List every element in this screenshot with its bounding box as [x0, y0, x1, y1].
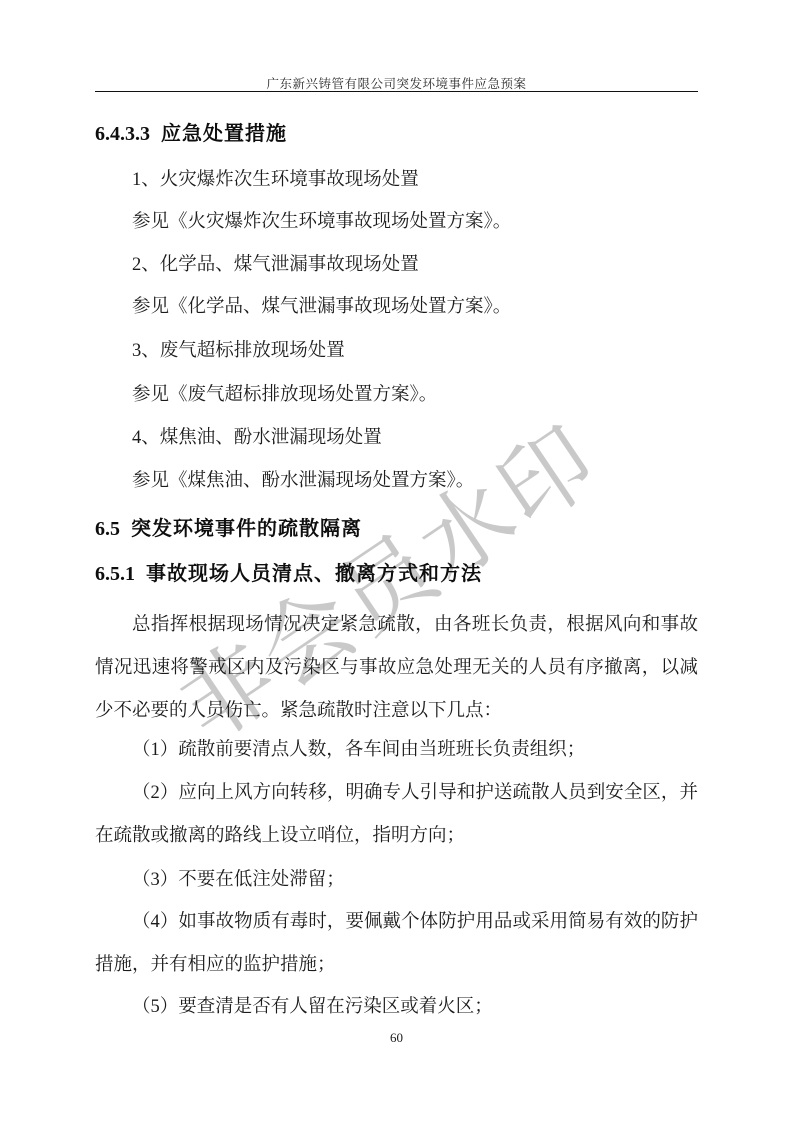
- evacuation-point-2: （2）应向上风方向转移，明确专人引导和护送疏散人员到安全区，并在疏散或撤离的路线…: [95, 772, 698, 858]
- evacuation-point-4: （4）如事故物质有毒时，要佩戴个体防护用品或采用简易有效的防护措施，并有相应的监…: [95, 901, 698, 987]
- reference-3: 参见《废气超标排放现场处置方案》。: [95, 374, 698, 417]
- section-heading-6433: 6.4.3.3应急处置措施: [95, 113, 698, 156]
- reference-4: 参见《煤焦油、酚水泄漏现场处置方案》。: [95, 460, 698, 503]
- page-number: 60: [95, 1030, 698, 1046]
- section-number: 6.5.1: [95, 563, 135, 585]
- evacuation-point-5: （5）要查清是否有人留在污染区或着火区；: [95, 986, 698, 1029]
- list-item-2: 2、化学品、煤气泄漏事故现场处置: [95, 244, 698, 287]
- reference-2: 参见《化学品、煤气泄漏事故现场处置方案》。: [95, 286, 698, 329]
- section-number: 6.4.3.3: [95, 123, 150, 145]
- section-heading-651: 6.5.1事故现场人员清点、撤离方式和方法: [95, 553, 698, 596]
- reference-1: 参见《火灾爆炸次生环境事故现场处置方案》。: [95, 201, 698, 244]
- section-number: 6.5: [95, 518, 120, 540]
- evacuation-point-1: （1）疏散前要清点人数，各车间由当班班长负责组织；: [95, 729, 698, 772]
- section-title: 应急处置措施: [161, 123, 287, 145]
- intro-paragraph: 总指挥根据现场情况决定紧急疏散，由各班长负责，根据风向和事故情况迅速将警戒区内及…: [95, 604, 698, 733]
- page-header-title: 广东新兴铸管有限公司突发环境事件应急预案: [95, 74, 698, 92]
- section-heading-65: 6.5突发环境事件的疏散隔离: [95, 508, 698, 551]
- document-page: 非会员水印 广东新兴铸管有限公司突发环境事件应急预案 6.4.3.3应急处置措施…: [0, 0, 793, 1122]
- list-item-4: 4、煤焦油、酚水泄漏现场处置: [95, 417, 698, 460]
- list-item-1: 1、火灾爆炸次生环境事故现场处置: [95, 159, 698, 202]
- header-rule-divider: [95, 91, 698, 92]
- section-title: 突发环境事件的疏散隔离: [131, 518, 362, 540]
- section-title: 事故现场人员清点、撤离方式和方法: [146, 563, 482, 585]
- list-item-3: 3、废气超标排放现场处置: [95, 330, 698, 373]
- evacuation-point-3: （3）不要在低注处滞留；: [95, 859, 698, 902]
